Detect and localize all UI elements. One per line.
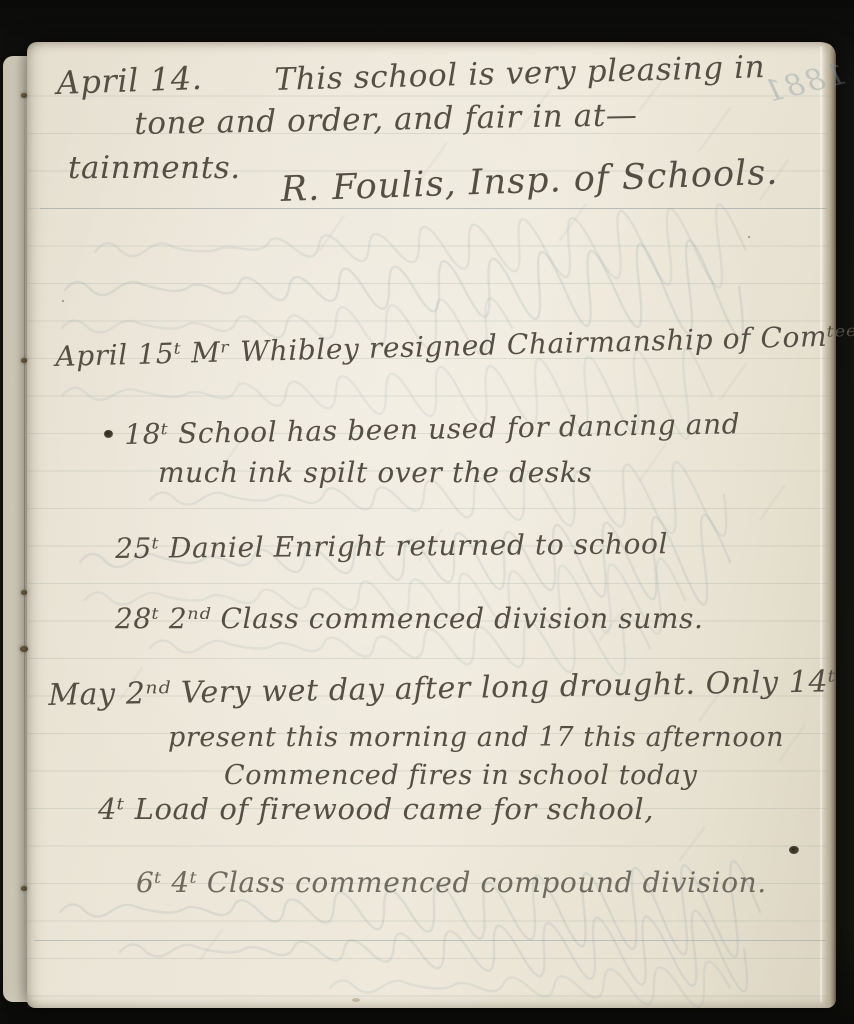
- entry-april14-date: April 14.: [56, 59, 203, 102]
- entry-april28: 28ᵗ 2ⁿᵈ Class commenced division sums.: [115, 602, 704, 635]
- entry-may2-line2: present this morning and 17 this afterno…: [168, 722, 784, 753]
- entry-may2-line3: Commenced fires in school today: [224, 760, 697, 791]
- entry-may6: 6ᵗ 4ᵗ Class commenced compound division.: [136, 866, 767, 899]
- entry-april18-line2: much ink spilt over the desks: [158, 456, 592, 489]
- entry-may4: 4ᵗ Load of firewood came for school,: [98, 792, 654, 826]
- paper-speck: [748, 236, 750, 238]
- paper-smudge: [352, 998, 360, 1002]
- ink-blot: [789, 846, 799, 854]
- entry-april25: 25ᵗ Daniel Enright returned to school: [115, 527, 668, 565]
- entry-april14-line3: tainments.: [68, 150, 241, 186]
- ink-blot: [104, 430, 113, 438]
- paper-speck: [62, 300, 64, 302]
- photo-background: 1881 April 14. This school is very pleas…: [0, 0, 854, 1024]
